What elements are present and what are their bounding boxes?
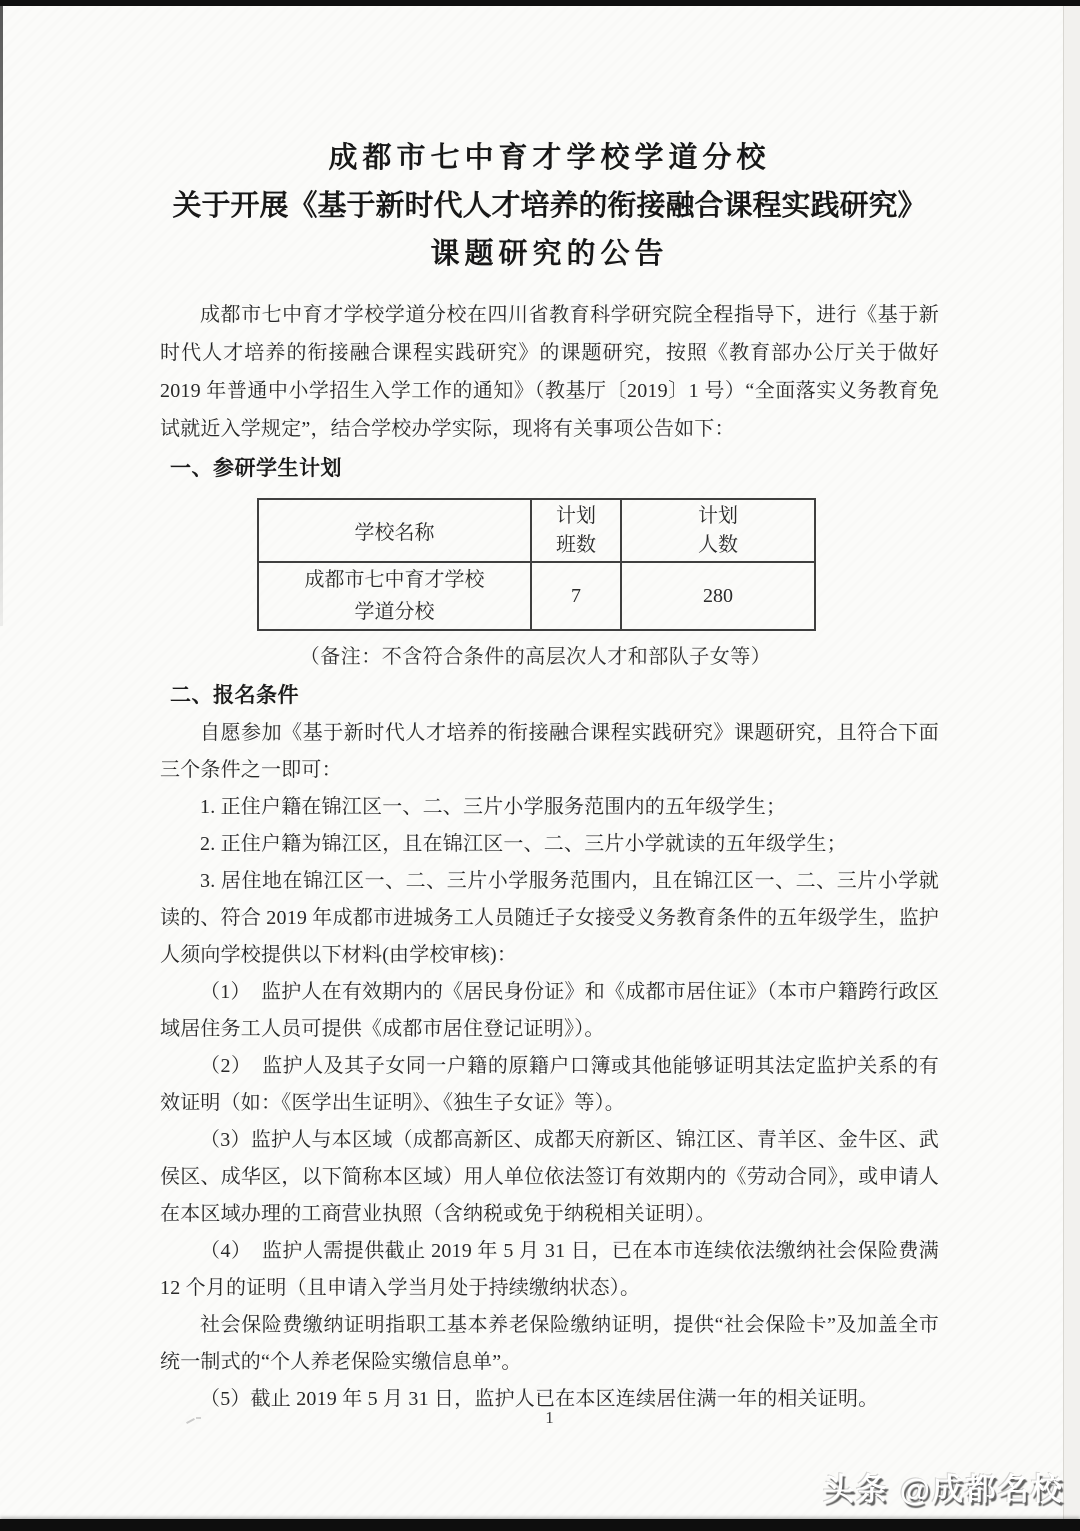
plan-table-area: 学校名称 计划 班数 计划 人数 成都市七中育才学校 学道分校 7 280 （备… — [257, 498, 814, 669]
cell-planned-students: 280 — [621, 562, 815, 630]
section2-heading: 二、报名条件 — [160, 677, 939, 715]
title-line-2: 关于开展《基于新时代人才培养的衔接融合课程实践研究》 — [160, 182, 939, 230]
header-planned-students: 计划 人数 — [621, 499, 815, 562]
paragraph-condition-2: 2. 正住户籍为锦江区，且在锦江区一、二、三片小学就读的五年级学生； — [160, 826, 939, 863]
scan-page-right-edge — [1063, 6, 1080, 1519]
scan-edge-bottom — [0, 1519, 1080, 1531]
paragraph-condition-1: 1. 正住户籍在锦江区一、二、三片小学服务范围内的五年级学生； — [160, 789, 939, 826]
header-planned-classes: 计划 班数 — [531, 499, 621, 562]
title-line-1: 成都市七中育才学校学道分校 — [160, 134, 939, 182]
paragraph-material-4: （4） 监护人需提供截止 2019 年 5 月 31 日，已在本市连续依法缴纳社… — [160, 1233, 939, 1307]
paragraph-condition-3: 3. 居住地在锦江区一、二、三片小学服务范围内，且在锦江区一、二、三片小学就读的… — [160, 863, 939, 974]
intro-paragraph: 成都市七中育才学校学道分校在四川省教育科学研究院全程指导下，进行《基于新时代人才… — [160, 296, 939, 448]
section1-heading: 一、参研学生计划 — [160, 450, 939, 488]
paragraph-material-1: （1） 监护人在有效期内的《居民身份证》和《成都市居住证》（本市户籍跨行政区域居… — [160, 974, 939, 1048]
paragraph-material-4-note: 社会保险费缴纳证明指职工基本养老保险缴纳证明，提供“社会保险卡”及加盖全市统一制… — [160, 1307, 939, 1381]
page-content: 成都市七中育才学校学道分校 关于开展《基于新时代人才培养的衔接融合课程实践研究》… — [160, 0, 939, 1418]
paragraph-conditions-intro: 自愿参加《基于新时代人才培养的衔接融合课程实践研究》课题研究，且符合下面三个条件… — [160, 715, 939, 789]
student-plan-table: 学校名称 计划 班数 计划 人数 成都市七中育才学校 学道分校 7 280 — [257, 498, 816, 631]
paragraph-material-2: （2） 监护人及其子女同一户籍的原籍户口簿或其他能够证明其法定监护关系的有效证明… — [160, 1048, 939, 1122]
title-line-3: 课题研究的公告 — [160, 230, 939, 278]
page-number: 1 — [160, 1408, 939, 1428]
watermark-text: 头条 @成都名校 — [823, 1464, 1064, 1509]
scanned-document-page: 成都市七中育才学校学道分校 关于开展《基于新时代人才培养的衔接融合课程实践研究》… — [0, 0, 1080, 1531]
paragraph-material-3: （3）监护人与本区域（成都高新区、成都天府新区、锦江区、青羊区、金牛区、武侯区、… — [160, 1122, 939, 1233]
scan-artifact-mark — [186, 1416, 202, 1426]
table-header-row: 学校名称 计划 班数 计划 人数 — [258, 499, 815, 562]
cell-planned-classes: 7 — [531, 562, 621, 630]
table-row: 成都市七中育才学校 学道分校 7 280 — [258, 562, 815, 630]
header-school-name: 学校名称 — [258, 499, 531, 562]
document-title: 成都市七中育才学校学道分校 关于开展《基于新时代人才培养的衔接融合课程实践研究》… — [160, 134, 939, 278]
table-note: （备注：不含符合条件的高层次人才和部队子女等） — [257, 640, 814, 669]
cell-school-name: 成都市七中育才学校 学道分校 — [258, 562, 531, 630]
scan-edge-left — [0, 6, 3, 626]
